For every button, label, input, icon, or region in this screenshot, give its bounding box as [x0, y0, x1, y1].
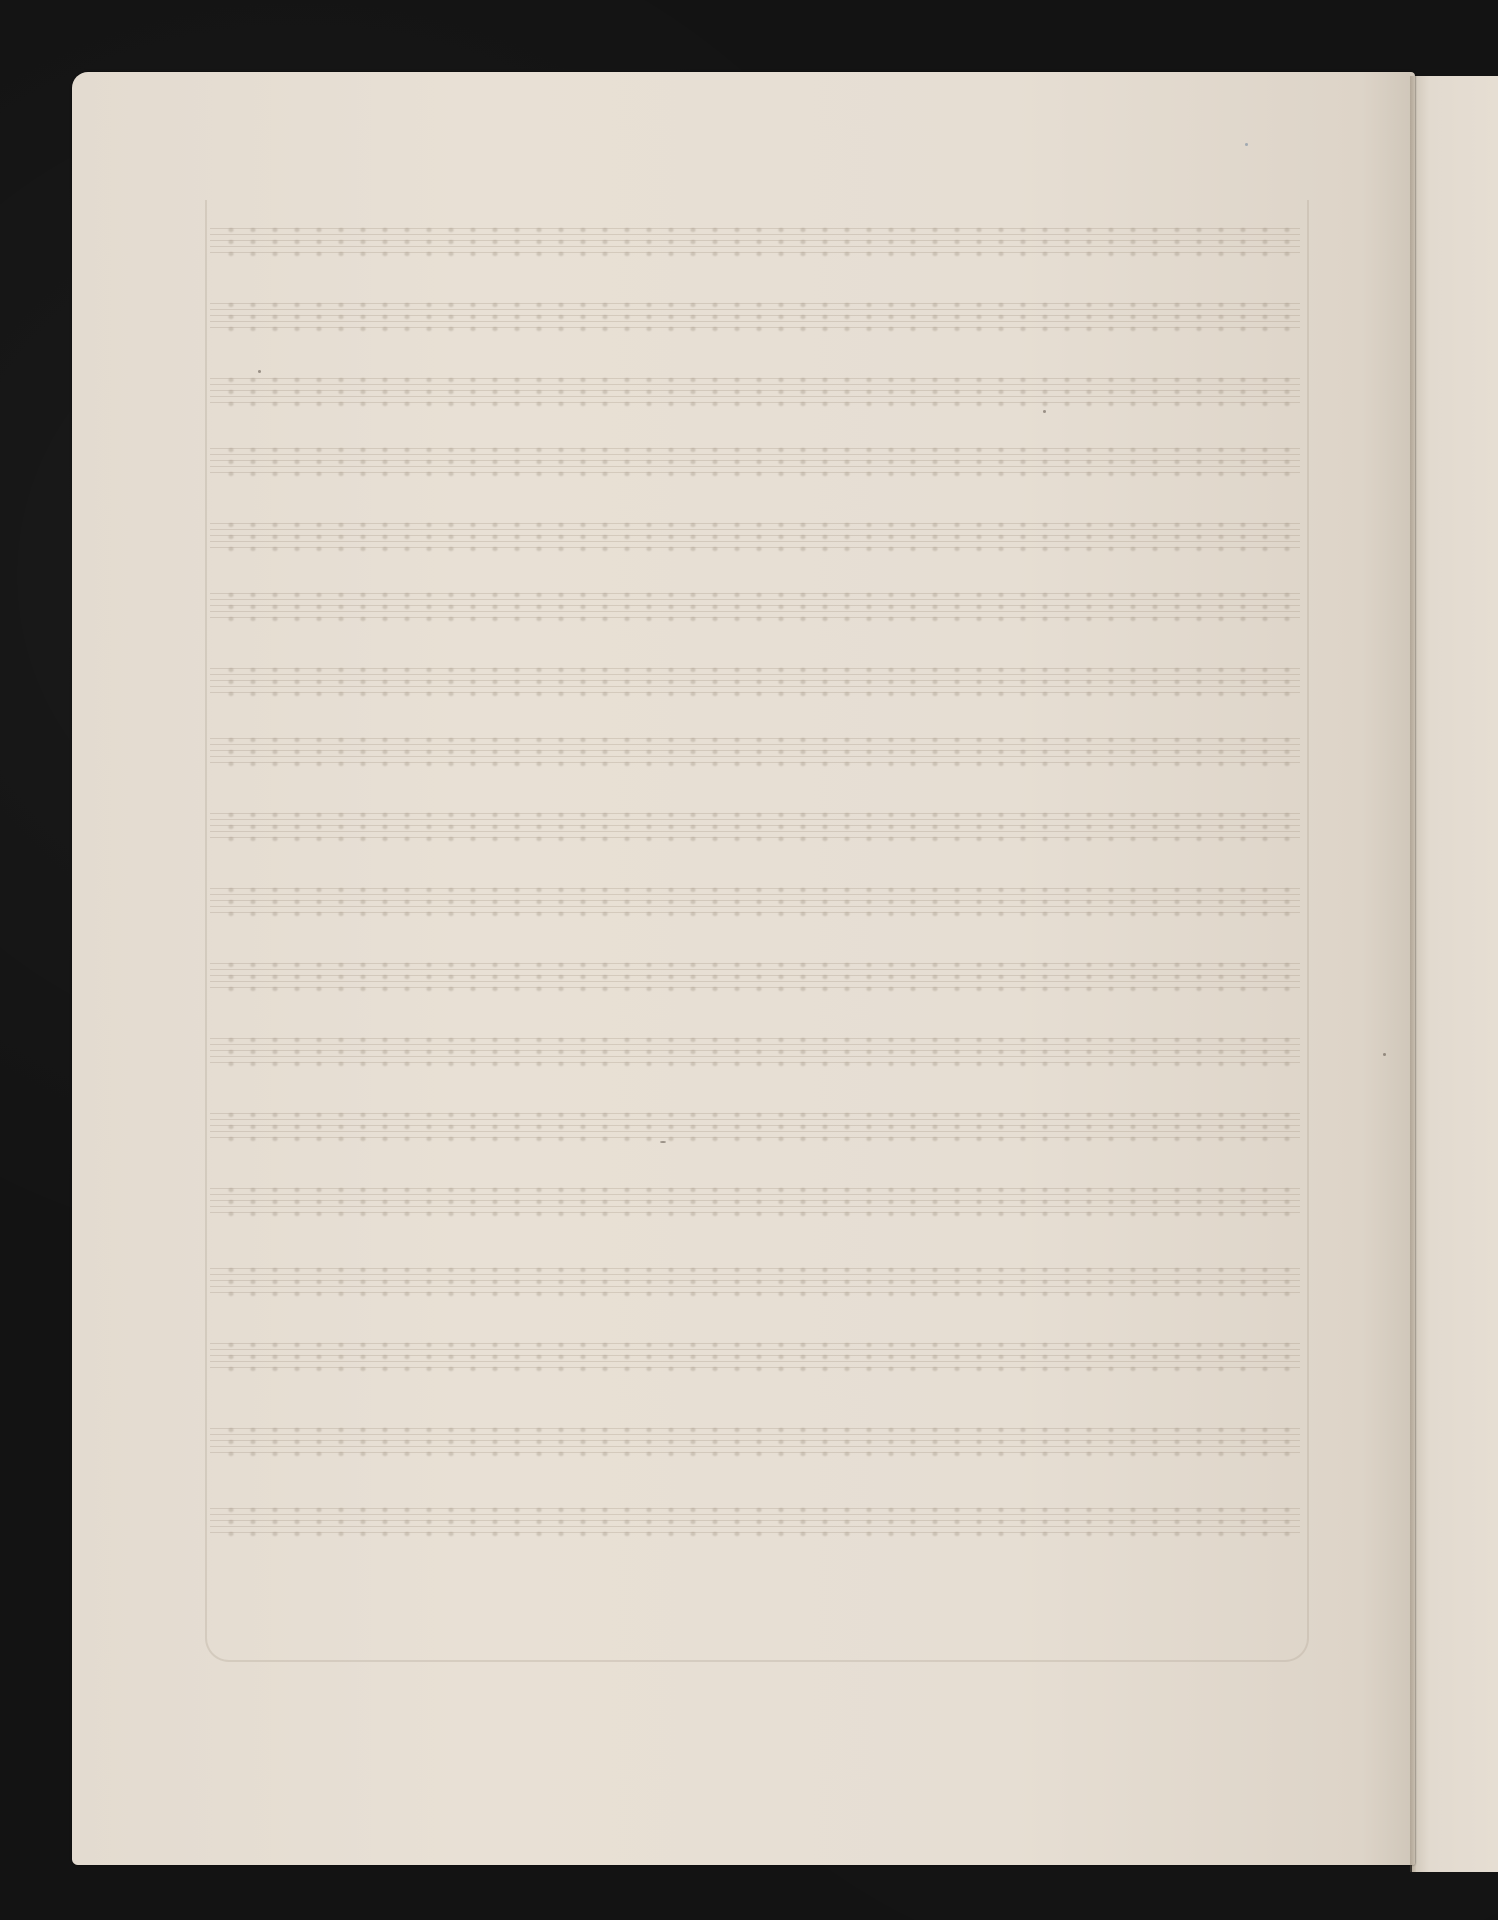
faint-notes: [220, 589, 1290, 623]
faint-notes: [220, 299, 1290, 333]
faint-notes: [220, 224, 1290, 258]
faint-notes: [220, 809, 1290, 843]
faint-notes: [220, 444, 1290, 478]
staff-system: [210, 730, 1300, 770]
staff-system: [210, 880, 1300, 920]
staff-system: [210, 1420, 1300, 1460]
staff-system: [210, 1105, 1300, 1145]
paper-speck: [660, 1141, 666, 1143]
faint-notes: [220, 1184, 1290, 1218]
faint-notes: [220, 1504, 1290, 1538]
faint-notes: [220, 374, 1290, 408]
staff-system: [210, 515, 1300, 555]
staff-system: [210, 220, 1300, 260]
staff-system: [210, 1030, 1300, 1070]
staff-system: [210, 1500, 1300, 1540]
faint-notes: [220, 519, 1290, 553]
faint-notes: [220, 734, 1290, 768]
staff-system: [210, 660, 1300, 700]
staff-system: [210, 1335, 1300, 1375]
paper-speck: [1383, 1053, 1386, 1056]
staff-system: [210, 805, 1300, 845]
faint-notes: [220, 1264, 1290, 1298]
staff-system: [210, 370, 1300, 410]
paper-speck: [258, 370, 261, 373]
staff-system: [210, 440, 1300, 480]
faint-notes: [220, 1034, 1290, 1068]
staff-system: [210, 1260, 1300, 1300]
staff-system: [210, 955, 1300, 995]
faint-notes: [220, 1424, 1290, 1458]
faint-notes: [220, 1339, 1290, 1373]
paper-speck: [1245, 143, 1248, 146]
faint-notes: [220, 884, 1290, 918]
faint-notes: [220, 1109, 1290, 1143]
faint-notes: [220, 959, 1290, 993]
paper-speck: [1043, 410, 1046, 413]
binding-gutter: [1410, 76, 1416, 1872]
staff-system: [210, 1180, 1300, 1220]
staff-system: [210, 585, 1300, 625]
faint-notes: [220, 664, 1290, 698]
adjacent-page: [1412, 76, 1498, 1872]
staff-system: [210, 295, 1300, 335]
